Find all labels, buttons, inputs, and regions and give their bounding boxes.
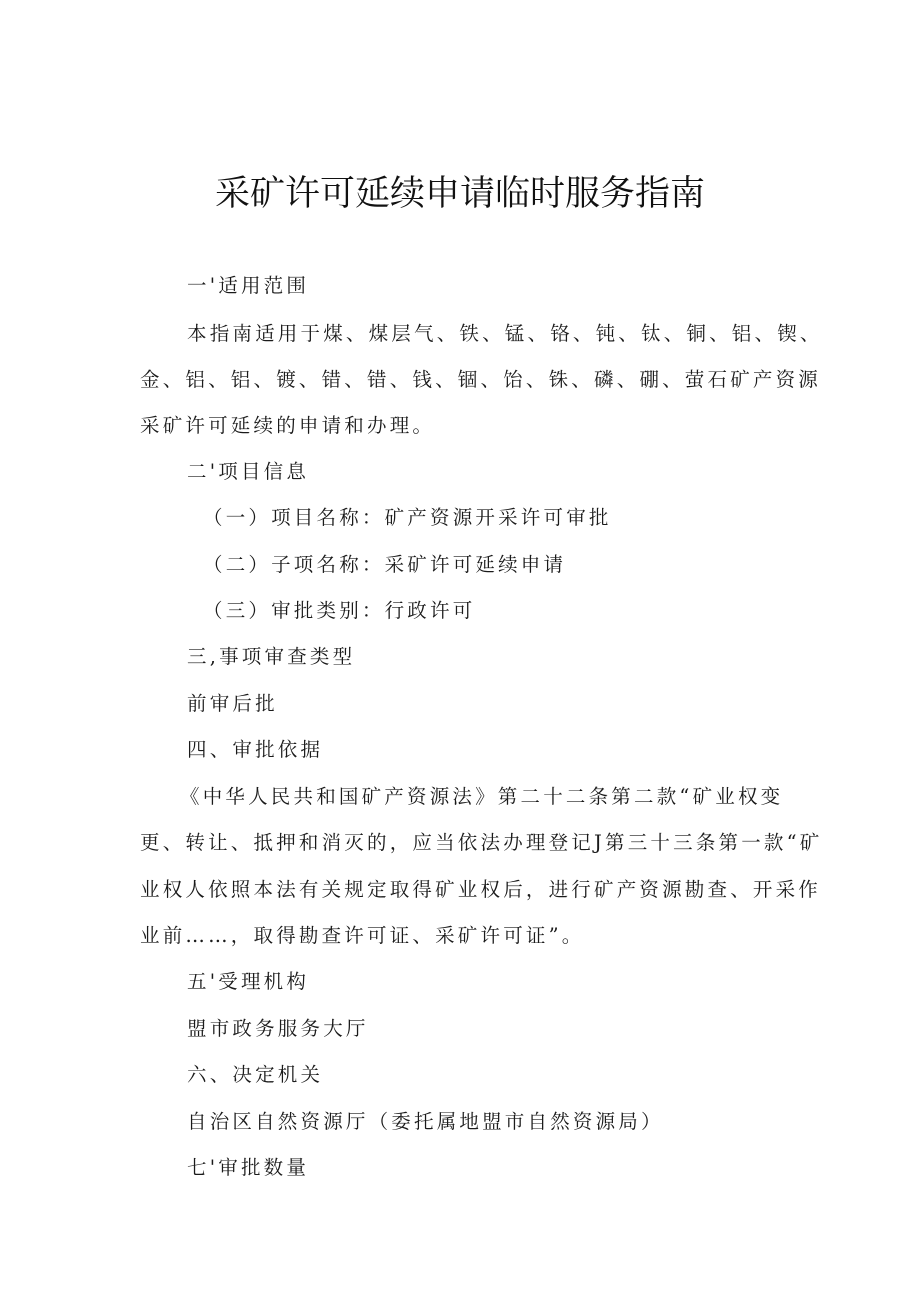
deciding-authority-text: 自治区自然资源厅（委托属地盟市自然资源局） xyxy=(187,1108,664,1136)
section-heading-accepting-agency: 五'受理机构 xyxy=(187,968,309,996)
review-type-text: 前审后批 xyxy=(187,690,278,718)
subitem-name-item: （二）子项名称：采矿许可延续申请 xyxy=(203,551,566,579)
document-title: 采矿许可延续申请临时服务指南 xyxy=(0,170,920,218)
scope-paragraph-line-1: 本指南适用于煤、煤层气、铁、锰、铬、钝、钛、铜、铝、锲、 xyxy=(187,320,823,348)
section-heading-review-type: 三,事项审查类型 xyxy=(187,643,355,671)
legal-basis-line-4: 业前……，取得勘查许可证、采矿许可证”。 xyxy=(140,922,584,950)
accepting-agency-text: 盟市政务服务大厅 xyxy=(187,1015,369,1043)
section-heading-deciding-authority: 六、决定机关 xyxy=(187,1061,323,1089)
scope-paragraph-line-3: 采矿许可延续的申请和办理。 xyxy=(140,412,435,440)
section-heading-approval-quantity: 七'审批数量 xyxy=(187,1154,309,1182)
legal-basis-line-1: 《中华人民共和国矿产资源法》第二十二条第二款“矿业权变 xyxy=(180,783,783,811)
legal-basis-line-3: 业权人依照本法有关规定取得矿业权后，进行矿产资源勘查、开采作 xyxy=(140,876,821,904)
legal-basis-line-2: 更、转让、抵押和消灭的，应当依法办理登记J第三十三条第一款“矿 xyxy=(140,829,823,857)
section-heading-scope: 一'适用范围 xyxy=(187,272,309,300)
document-page: 采矿许可延续申请临时服务指南 一'适用范围 本指南适用于煤、煤层气、铁、锰、铬、… xyxy=(0,0,920,1301)
scope-paragraph-line-2: 金、铝、铝、镀、错、错、钱、锢、饴、铢、磷、硼、萤石矿产资源 xyxy=(140,366,821,394)
section-heading-project-info: 二'项目信息 xyxy=(187,458,309,486)
approval-category-item: （三）审批类别：行政许可 xyxy=(203,597,475,625)
project-name-item: （一）项目名称：矿产资源开采许可审批 xyxy=(203,504,612,532)
section-heading-legal-basis: 四、审批依据 xyxy=(187,736,323,764)
